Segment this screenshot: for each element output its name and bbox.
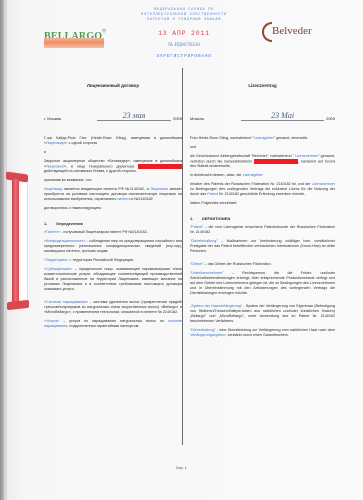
column-divider: [182, 68, 183, 445]
ru-def-term: «Территория»: [44, 258, 68, 262]
de-licensee-link: Lizenznehmer: [295, 154, 318, 158]
de-recital-text-c: Nr. 2140182 geschützte Erfindung erwerbe…: [218, 192, 305, 196]
de-and: und: [190, 145, 335, 150]
de-considering-text: in Anbetracht dessen, dass: der: [190, 173, 243, 177]
registered-mark: ®: [102, 29, 106, 35]
ru-licensor-link: Лицензиар: [46, 141, 65, 145]
de-definition: "Gebiet" – das Gebiet der Russischen Föd…: [190, 262, 335, 267]
ru-def-text: - получаемый Лицензиаром патент РФ №2140…: [60, 230, 148, 234]
ru-definition: «Конфиденциальность» - соблюдение мер по…: [44, 239, 182, 254]
ru-party1-text-end: », с одной стороны: [65, 141, 98, 145]
stamp-status: ЗАРЕГИСТРИРОВАНО: [134, 54, 234, 59]
de-def-term: "Geheimhaltung": [190, 239, 218, 243]
ru-recital-text-c: №2140182: [133, 197, 152, 201]
de-def-term: "Unterlizenznehmer": [190, 271, 224, 275]
de-def-text-end: , verstärkt durch einen Garantieschein.: [225, 333, 288, 337]
de-recital: Inhaber des Patents der Russischen Föder…: [190, 182, 335, 197]
de-recital-link-patent: Patent: [207, 192, 218, 196]
bellargo-logo: BELLARGO®: [44, 26, 106, 50]
de-agreed: haben Folgendes vereinbart:: [190, 201, 335, 206]
de-def-text: - eine Dienstleistung zur Verlängerung v…: [216, 328, 335, 332]
redacted-name: [138, 164, 182, 169]
ru-def-term: «Система наращивания»: [44, 300, 88, 304]
ru-section-heading: 1.Определения: [44, 221, 182, 226]
ru-party2-text-end: действующей на основании Устава, с друго…: [44, 169, 137, 173]
de-section-heading: 1.DEFINITIONEN: [190, 216, 335, 221]
russian-column: Лицензионный договор г. Москва 23 мая 20…: [44, 83, 182, 329]
de-title: Lizenzvertrag: [190, 83, 335, 91]
ru-definition: «Услуга» – услуга по наращиванию натурал…: [44, 319, 182, 329]
de-considering: in Anbetracht dessen, dass: der Lizenzge…: [190, 173, 335, 178]
ru-and: и: [44, 150, 182, 155]
ru-recital: Лицензиар является владельцем патента РФ…: [44, 187, 182, 202]
ru-recital-text-a: является владельцем патента РФ №2140182,…: [63, 187, 151, 191]
de-definition: "Dienstleistung" - eine Dienstleistung z…: [190, 328, 335, 338]
de-party1-text: Frau Heide-Rose Gäng, nachstehend ": [190, 136, 254, 140]
de-city: Moskau,: [190, 116, 205, 121]
de-year: 2009: [326, 116, 335, 121]
ru-handwritten-date: 23 мая: [97, 112, 171, 121]
ru-city: г. Москва: [44, 116, 61, 121]
de-definition: "Unterlizenznehmer" – Rechtsperson, die …: [190, 271, 335, 296]
ru-def-term: «Сублицензиат»: [44, 267, 72, 271]
ru-definition: «Сублицензиат» – юридическое лицо, оказы…: [44, 267, 182, 292]
de-licensor-link: Lizenzgeber: [254, 136, 274, 140]
ru-considering: принимая во внимание, что:: [44, 178, 182, 183]
de-party2-text: die Geschlossene Aktiengesellschaft "Bel…: [190, 154, 295, 158]
ru-def-text: = территория Российской Федерации.: [68, 258, 134, 262]
ru-year: 2009: [173, 116, 182, 121]
de-party1: Frau Heide-Rose Gäng, nachstehend "Lizen…: [190, 136, 335, 141]
ru-definition: «Патент» - получаемый Лицензиаром патент…: [44, 230, 182, 235]
de-considering-link: Lizenzgeber: [243, 173, 263, 177]
ru-date-row: г. Москва 23 мая 2009: [44, 111, 182, 121]
ru-def-text-end: , подкрепленная гарантийным паспортом.: [67, 324, 139, 328]
de-section-number: 1.: [190, 216, 202, 221]
ru-definition: «Территория» = территория Российской Фед…: [44, 258, 182, 263]
bellargo-logo-bar: [44, 38, 104, 48]
de-definition: „System der Haarverlängerung" - System d…: [190, 304, 335, 324]
ru-definition: «Система наращивания» - система удлинени…: [44, 300, 182, 315]
belveder-logo: Belveder: [262, 20, 322, 46]
ru-def-term: «Конфиденциальность»: [44, 239, 86, 243]
page-number: Стр. 1: [176, 466, 187, 470]
registration-stamp: ФЕДЕРАЛЬНАЯ СЛУЖБА ПО ИНТЕЛЛЕКТУАЛЬНОЙ С…: [134, 8, 234, 59]
de-handwritten-date: 23 Mai: [241, 112, 324, 121]
binding-ribbon: [6, 173, 30, 313]
ru-def-term: «Услуга»: [44, 319, 59, 323]
german-column: Lizenzvertrag Moskau, 23 Mai 2009 Frau H…: [190, 83, 335, 338]
ribbon-thread: [21, 183, 27, 301]
de-def-term: „System der Haarverlängerung": [190, 304, 242, 308]
de-def-term: "Dienstleistung": [190, 328, 216, 332]
de-section-title: DEFINITIONEN: [202, 216, 230, 221]
ru-section-title: Определения: [56, 221, 83, 226]
ru-recital-link-licensor: Лицензиар: [44, 187, 63, 191]
ru-party1: Г-жа Хайдэ-Розэ Гэнг (Heide-Rose Gäng), …: [44, 136, 182, 146]
redacted-name: [254, 159, 298, 164]
de-date-row: Moskau, 23 Mai 2009: [190, 111, 335, 121]
stamp-date: 13 АПР 2011: [134, 30, 234, 37]
ru-title: Лицензионный договор: [44, 83, 182, 91]
de-definition: "Geheimhaltung" – Maßnahmen zur Verhinde…: [190, 239, 335, 254]
de-party1-text-end: " genannt, einerseits: [274, 136, 308, 140]
ru-party2-text-mid: », в лице Генерального директора: [64, 164, 138, 168]
stamp-agency-line-3: ПАТЕНТАМ И ТОВАРНЫМ ЗНАКАМ: [134, 18, 234, 23]
belveder-hair-icon: [262, 22, 272, 42]
ru-agreed: договорились о нижеследующем:: [44, 206, 182, 211]
de-recital-text-a: Inhaber des Patents der Russischen Föder…: [190, 182, 312, 186]
stamp-number: № РД0078336: [134, 42, 234, 48]
de-def-text: – das Gebiet der Russischen Föderation.: [203, 262, 271, 266]
de-def-text: – die vom Lizenzgeber erworbene Patentur…: [190, 225, 335, 234]
de-def-term: "Patent": [190, 225, 203, 229]
de-party2: die Geschlossene Aktiengesellschaft "Bel…: [190, 154, 335, 169]
ru-def-term: «Патент»: [44, 230, 60, 234]
ru-recital-link-patent: патентом: [117, 197, 133, 201]
belveder-logo-text: Belveder: [272, 25, 312, 37]
ru-section-number: 1.: [44, 221, 56, 226]
de-def-link: Verlängerungssystem: [190, 333, 225, 337]
de-def-term: "Gebiet": [190, 262, 203, 266]
de-definition: "Patent" – die vom Lizenzgeber erworbene…: [190, 225, 335, 235]
ribbon-strip: [12, 179, 19, 307]
ribbon-tab-bottom: [7, 300, 29, 310]
de-recital-link-licensee: Lizenznehmer: [312, 182, 335, 186]
ru-party2: Закрытое акционерное общество «Бельведер…: [44, 159, 182, 174]
ru-recital-link-licensee: Лицензиат: [150, 187, 168, 191]
ru-licensee-link: Лицензиат: [46, 164, 64, 168]
ru-def-text: – услуга по наращиванию натуральных воло…: [59, 319, 168, 323]
